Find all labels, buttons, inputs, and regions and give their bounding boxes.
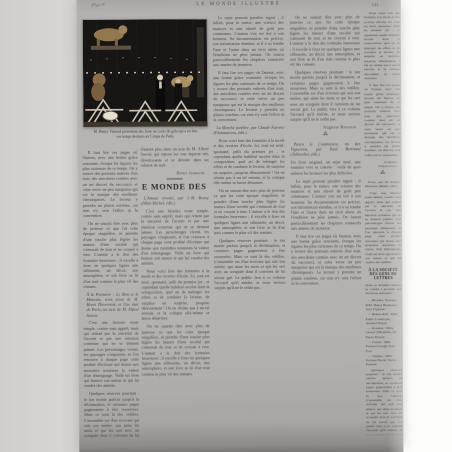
text-paragraph: Quelques réserves pourtant : le ton mont…	[290, 69, 360, 122]
list-line: — Poésie : MM. Fernand Gregh, Paul Fort.	[366, 340, 402, 353]
book-review-heading: Pietro le Condottiere, roi des Vignerons…	[290, 141, 360, 157]
list-line: — Théâtre : MM. Jacques Deval, Steve Pas…	[366, 354, 402, 367]
text-paragraph: Nous voici loin des formules à la mode e…	[364, 11, 400, 81]
ornament-asterism: ⁂	[290, 133, 360, 139]
lead-paragraph: Un livre original, un sujet neuf, une ma…	[291, 159, 361, 175]
column-1: Il faut lire ces pages où l'auteur, avec…	[83, 150, 140, 438]
text-paragraph: Nous voici loin des formules à la mode e…	[213, 138, 284, 186]
scanned-magazine-screenshot: LE MONDE ILLUSTRÉ 131	[0, 0, 452, 452]
book-review-heading: La Marche funèbre, par Claude Farrère (F…	[213, 125, 284, 136]
author-signature: Henri Jeanson.	[141, 170, 209, 176]
lead-paragraph: Dans sa dernière séance, le comité a pro…	[365, 283, 401, 296]
author-signature: Auguste Bresson.	[290, 124, 360, 130]
text-paragraph: Le sujet pouvait paraître ingrat ; il fa…	[213, 15, 284, 68]
text-paragraph: Le sujet pouvait paraître ingrat ; il fa…	[291, 178, 361, 231]
text-paragraph: Nous voici loin des formules à la mode e…	[141, 268, 209, 321]
column-4: On ne saurait dire avec plus de justesse…	[290, 14, 363, 436]
list-line: — Histoire, Voyages : MM. Henry Bordeaux…	[365, 298, 401, 311]
scan-background	[0, 0, 86, 452]
book-review-heading: L'Amour révolté, par J.-H. Rosny (Albin …	[141, 195, 209, 206]
text-paragraph: Quelques réserves pourtant : le ton mont…	[366, 368, 402, 436]
text-paragraph: Quelques réserves pourtant : le ton mont…	[84, 391, 139, 438]
text-paragraph: Il faut lire ces pages où l'auteur, avec…	[291, 233, 361, 286]
column-2: d'autant plus dans un acte de M. Alfred …	[141, 146, 211, 437]
rubric-heading: À LA SOCIÉTÉ DES GENS DE LETTRES	[365, 268, 401, 281]
column-3: Le sujet pouvait paraître ingrat ; il fa…	[213, 15, 287, 437]
section-title: LE MONDE DES LETTRES	[141, 182, 209, 191]
text-columns: Il faut lire ces pages où l'auteur, avec…	[77, 0, 404, 452]
theater-listing: À la Potinière : Le Bon et le Mauvais, t…	[83, 291, 138, 318]
magazine-page: LE MONDE ILLUSTRÉ 131	[77, 0, 404, 452]
text-paragraph: Il faut lire ces pages où l'auteur, avec…	[364, 83, 400, 157]
list-line: — Romans : Mme Gérard d'Houville, M. Pie…	[366, 326, 402, 339]
book-review-heading: Fèvre, par M. Paluel-Marmont (Radot, édi…	[365, 180, 401, 189]
lead-paragraph: d'autant plus dans un acte de M. Alfred …	[141, 146, 209, 167]
text-paragraph: Il faut lire ces pages où l'auteur, avec…	[83, 150, 138, 219]
text-paragraph: On ne saurait dire avec plus de justesse…	[214, 188, 285, 236]
text-paragraph: On ne saurait dire avec plus de justesse…	[83, 220, 138, 289]
divider-rule	[167, 178, 183, 179]
text-paragraph: Quelques réserves pourtant : le ton mont…	[214, 238, 285, 291]
text-paragraph: C'est une histoire toute simple, contée …	[141, 208, 209, 266]
text-paragraph: Il faut lire ces pages où l'auteur, avec…	[213, 70, 284, 123]
text-paragraph: On ne saurait dire avec plus de justesse…	[290, 14, 360, 67]
list-line: — Beaux-Arts : MM. Émile Condroyer, Arma…	[366, 312, 402, 325]
text-paragraph: C'est une histoire toute simple, contée …	[84, 320, 139, 389]
ornament-asterism: ⁂	[365, 171, 401, 177]
text-paragraph: C'est une histoire toute simple, contée …	[365, 191, 401, 265]
author-signature: Camille Vauxcelles.	[365, 160, 401, 169]
text-paragraph: On ne saurait dire avec plus de justesse…	[142, 323, 210, 376]
column-5: Nous voici loin des formules à la mode e…	[364, 11, 403, 435]
